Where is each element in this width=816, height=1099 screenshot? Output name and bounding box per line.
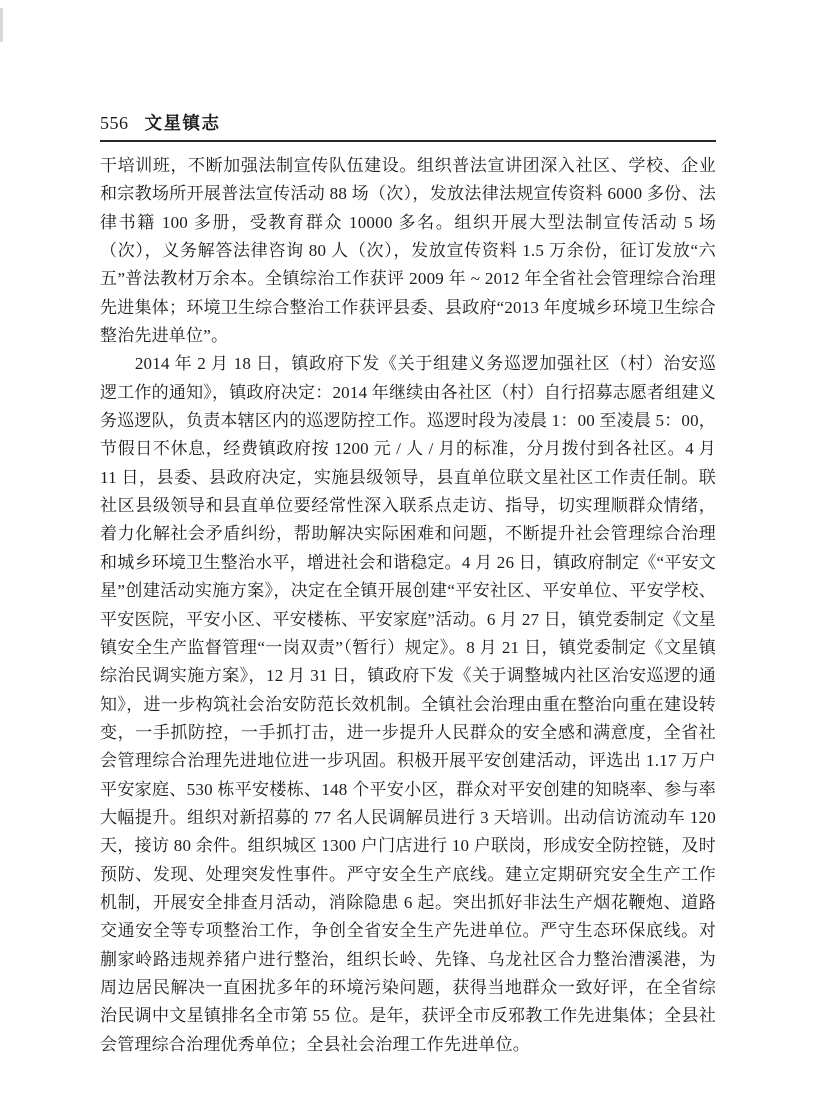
document-page: 556 文星镇志 干培训班，不断加强法制宣传队伍建设。组织普法宣讲团深入社区、学…	[0, 0, 816, 1099]
scan-edge-artifact	[0, 8, 3, 42]
page-number: 556	[100, 113, 129, 134]
running-header: 556 文星镇志	[100, 110, 716, 142]
paragraph-2: 2014 年 2 月 18 日，镇政府下发《关于组建义务巡逻加强社区（村）治安巡…	[100, 350, 716, 1059]
book-title: 文星镇志	[145, 110, 221, 135]
body-text: 干培训班，不断加强法制宣传队伍建设。组织普法宣讲团深入社区、学校、企业和宗教场所…	[100, 152, 716, 1059]
page-content: 556 文星镇志 干培训班，不断加强法制宣传队伍建设。组织普法宣讲团深入社区、学…	[100, 110, 716, 1059]
paragraph-1: 干培训班，不断加强法制宣传队伍建设。组织普法宣讲团深入社区、学校、企业和宗教场所…	[100, 152, 716, 350]
